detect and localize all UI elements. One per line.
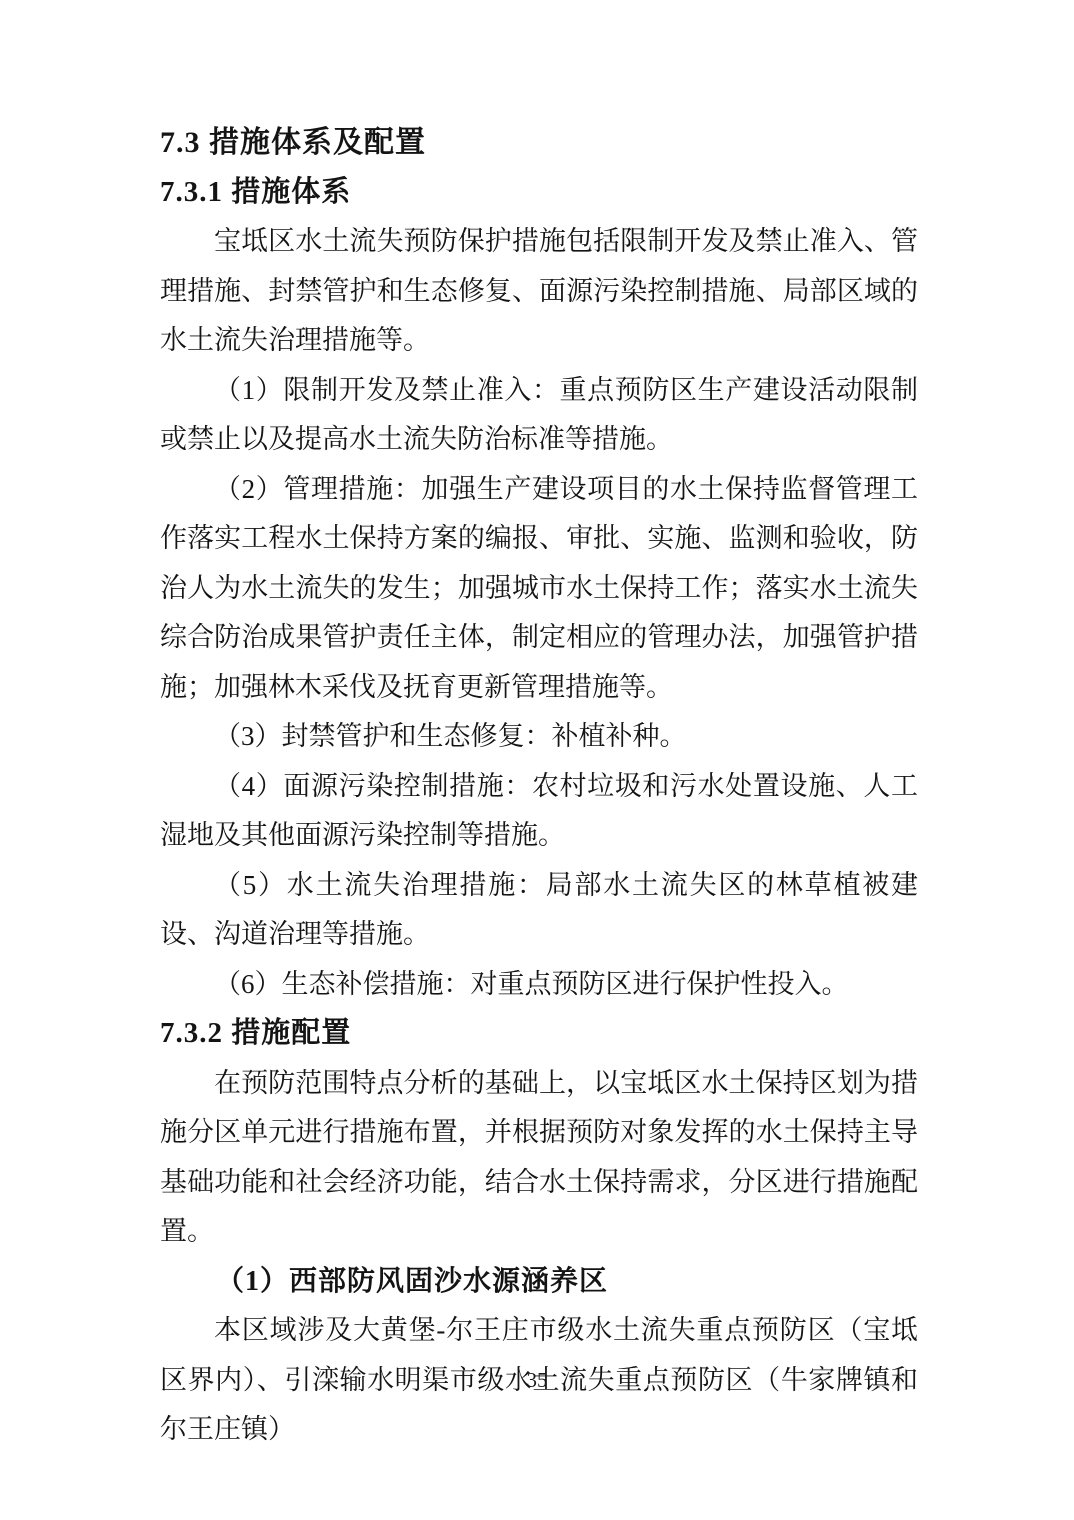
page-number: 35 [0,1368,1074,1393]
document-content: 7.3 措施体系及配置7.3.1 措施体系宝坻区水土流失预防保护措施包括限制开发… [160,118,918,1455]
paragraph: 在预防范围特点分析的基础上，以宝坻区水土保持区划为措施分区单元进行措施布置，并根… [160,1059,918,1257]
paragraph: 宝坻区水土流失预防保护措施包括限制开发及禁止准入、管理措施、封禁管护和生态修复、… [160,217,918,366]
section-heading: 7.3 措施体系及配置 [160,118,918,168]
section-heading: 7.3.1 措施体系 [160,168,918,218]
document-page: 7.3 措施体系及配置7.3.1 措施体系宝坻区水土流失预防保护措施包括限制开发… [0,0,1074,1520]
paragraph: （6）生态补偿措施：对重点预防区进行保护性投入。 [160,960,918,1010]
section-heading: （1）西部防风固沙水源涵养区 [160,1257,918,1307]
paragraph: （2）管理措施：加强生产建设项目的水土保持监督管理工作落实工程水土保持方案的编报… [160,465,918,713]
section-heading: 7.3.2 措施配置 [160,1009,918,1059]
paragraph: （1）限制开发及禁止准入：重点预防区生产建设活动限制或禁止以及提高水土流失防治标… [160,366,918,465]
paragraph: （4）面源污染控制措施：农村垃圾和污水处置设施、人工湿地及其他面源污染控制等措施… [160,762,918,861]
paragraph: （5）水土流失治理措施：局部水土流失区的林草植被建设、沟道治理等措施。 [160,861,918,960]
paragraph: （3）封禁管护和生态修复：补植补种。 [160,712,918,762]
